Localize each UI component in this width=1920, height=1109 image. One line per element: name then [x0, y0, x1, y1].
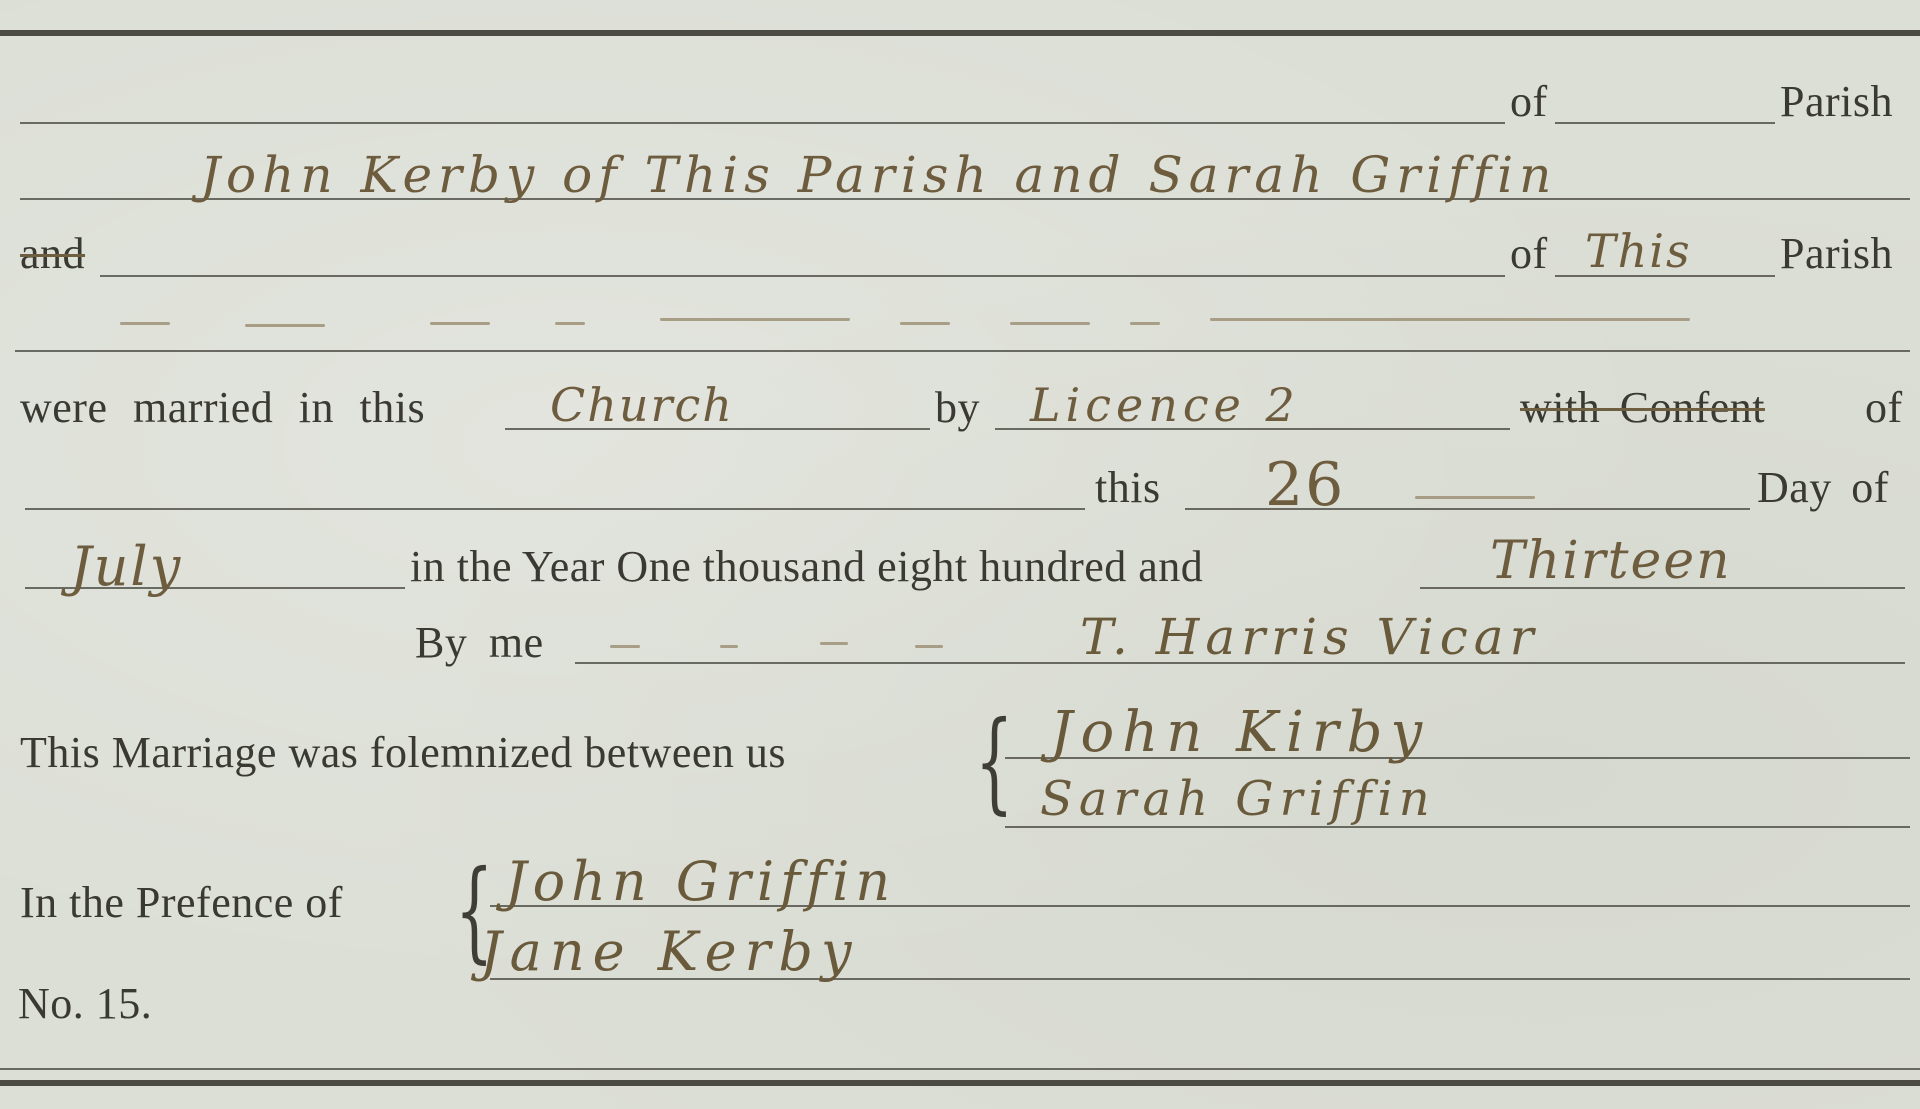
row3-parish-value: This	[1585, 228, 1692, 274]
year-value: Thirteen	[1490, 535, 1732, 587]
row1-parish-label: Parish	[1780, 80, 1893, 124]
bottom-border-thin	[0, 1068, 1920, 1070]
day-filler-dash	[1415, 496, 1535, 499]
row3-and-label: and	[20, 232, 85, 276]
witness-1: John Griffin	[505, 855, 896, 909]
this-label: this	[1095, 466, 1161, 510]
consent-label: with Confent	[1520, 386, 1765, 430]
witness-2: Jane Kerby	[480, 925, 859, 979]
day-of-label: Day of	[1757, 466, 1889, 510]
row3-of-label: of	[1510, 232, 1548, 276]
row2-handwritten-names: John Kerby of This Parish and Sarah Grif…	[200, 150, 1557, 200]
solemnized-label: This Marriage was folemnized between us	[20, 731, 786, 775]
top-border	[0, 30, 1920, 36]
row1-name-line	[20, 122, 1505, 124]
month-value: July	[70, 540, 182, 594]
solemnized-brace: {	[975, 706, 1014, 816]
bottom-border-thick	[0, 1080, 1920, 1086]
row3-parish-label: Parish	[1780, 232, 1893, 276]
signature-groom: John Kirby	[1050, 705, 1430, 761]
entry-number: No. 15.	[18, 982, 152, 1026]
by-me-label: By me	[415, 621, 544, 665]
officiant-value: T. Harris Vicar	[1080, 612, 1539, 662]
row1-parish-line	[1555, 122, 1775, 124]
row4-line	[15, 350, 1910, 352]
presence-label: In the Prefence of	[20, 881, 343, 925]
day-value: 26	[1265, 455, 1345, 515]
signature-bride: Sarah Griffin	[1040, 775, 1436, 823]
row1-of-label: of	[1510, 80, 1548, 124]
by-label: by	[935, 386, 980, 430]
year-label: in the Year One thousand eight hundred a…	[410, 545, 1203, 589]
row5-of-label: of	[1865, 386, 1903, 430]
by-value: Licence 2	[1030, 382, 1300, 428]
row3-name-line	[100, 275, 1505, 277]
row6-left-line	[25, 508, 1085, 510]
place-value: Church	[550, 382, 734, 428]
were-married-label: were married in this	[20, 386, 425, 430]
